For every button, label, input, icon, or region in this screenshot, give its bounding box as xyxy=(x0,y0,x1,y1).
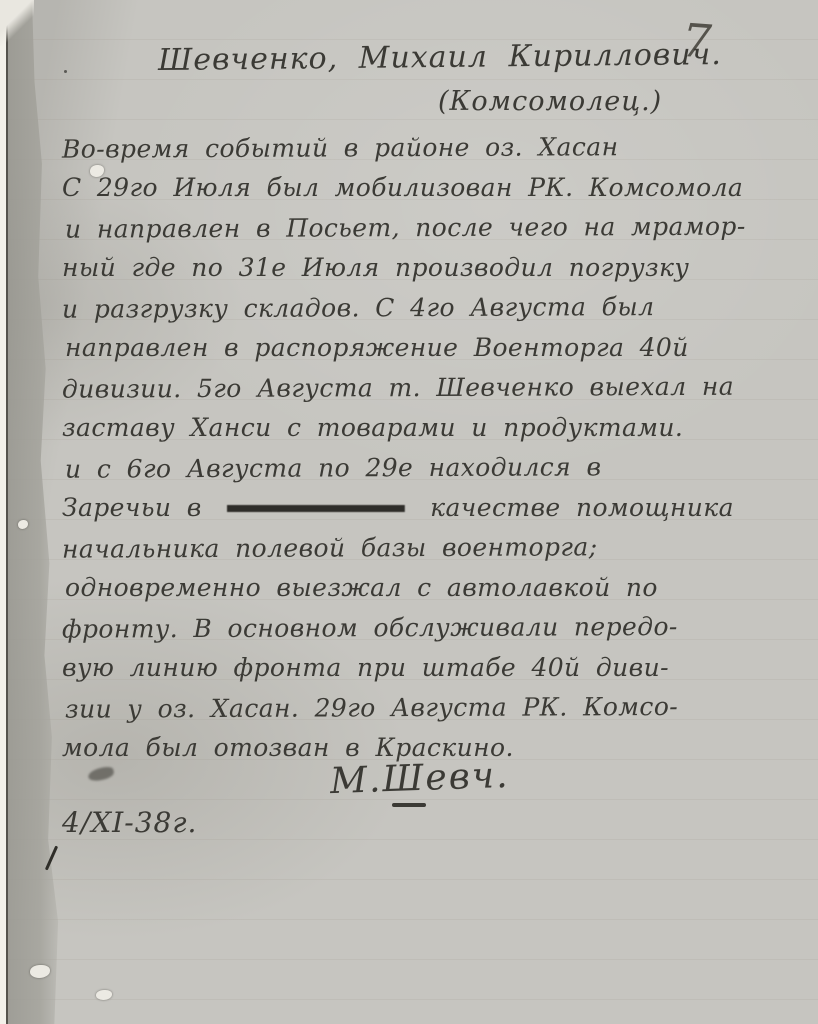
date-line: 4/XI-38г. xyxy=(62,806,197,839)
signature-underline xyxy=(392,803,426,807)
ink-speck xyxy=(64,70,67,73)
handwritten-line: С 29го Июля был мобилизован РК. Комсомол… xyxy=(62,168,802,208)
handwritten-line: заставу Ханси с товарами и продуктами. xyxy=(62,408,802,448)
handwritten-body: Во-время событий в районе оз. Хасан С 29… xyxy=(62,128,802,768)
document-subtitle: (Комсомолец.) xyxy=(438,86,662,117)
handwritten-line: одновременно выезжал с автолавкой по xyxy=(65,568,802,608)
handwritten-line: ный где по 31е Июля производил погрузку xyxy=(62,248,802,288)
handwritten-line-with-strikethrough: Заречьи в ——————— качестве помощника xyxy=(62,488,802,528)
handwritten-line: вую линию фронта при штабе 40й диви- xyxy=(62,648,802,688)
handwritten-line: начальника полевой базы военторга; xyxy=(62,526,802,569)
handwritten-line: направлен в распоряжение Военторга 40й xyxy=(65,328,802,368)
handwritten-line: дивизии. 5го Августа т. Шевченко выехал … xyxy=(62,366,802,409)
handwritten-line: и с 6го Августа по 29е находился в xyxy=(65,446,802,489)
handwritten-line: и разгрузку складов. С 4го Августа был xyxy=(62,286,802,329)
scanner-edge xyxy=(0,0,9,1024)
scanned-document-page: 7 Шевченко, Михаил Кириллович. (Комсомол… xyxy=(0,0,818,1024)
top-left-corner-wedge xyxy=(0,0,34,46)
handwritten-line: и направлен в Посьет, после чего на мрам… xyxy=(65,206,802,249)
handwritten-line: фронту. В основном обслуживали передо- xyxy=(62,606,802,649)
signature: М.Шевч. xyxy=(329,755,510,802)
line-text: качестве помощника xyxy=(430,493,734,522)
paper-tear xyxy=(96,990,112,1000)
line-text: Заречьи в xyxy=(62,493,202,522)
struck-out-word: ——————— xyxy=(227,493,405,522)
left-edge-shadow-band xyxy=(6,0,68,1024)
handwritten-line: зии у оз. Хасан. 29го Августа РК. Комсо- xyxy=(65,686,802,729)
handwritten-line: Во-время событий в районе оз. Хасан xyxy=(62,126,802,169)
document-title: Шевченко, Михаил Кириллович. xyxy=(158,37,722,78)
